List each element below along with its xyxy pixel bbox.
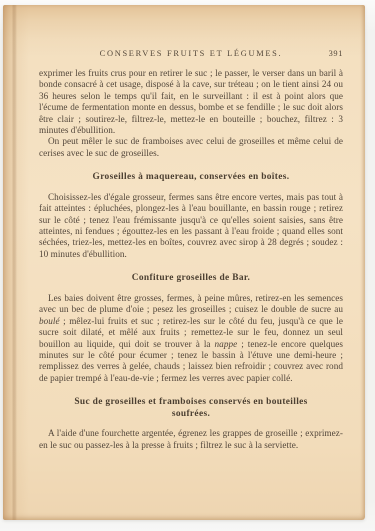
paragraph: Choisissez-les d'égale grosseur, fermes …: [39, 192, 343, 260]
page-header: CONSERVES FRUITS ET LÉGUMES. 391: [39, 49, 343, 59]
paragraph: Les baies doivent être grosses, fermes, …: [39, 293, 343, 384]
scan-background: CONSERVES FRUITS ET LÉGUMES. 391 exprime…: [0, 0, 375, 531]
paragraph-text: exprimer les fruits crus pour en retirer…: [39, 68, 343, 135]
section-heading: Groseilles à maquereau, conservées en bo…: [39, 172, 343, 184]
running-title: CONSERVES FRUITS ET LÉGUMES.: [100, 49, 283, 58]
section-heading: Confiture groseilles de Bar.: [39, 273, 343, 285]
page-content: exprimer les fruits crus pour en retirer…: [39, 68, 343, 451]
page-inner: CONSERVES FRUITS ET LÉGUMES. 391 exprime…: [3, 5, 365, 451]
paragraph: A l'aide d'une fourchette argentée, égre…: [39, 428, 343, 451]
paragraph-text: On peut mêler le suc de framboises avec …: [39, 136, 343, 157]
book-page: CONSERVES FRUITS ET LÉGUMES. 391 exprime…: [3, 5, 365, 520]
italic-term: nappe: [215, 339, 238, 349]
page-number: 391: [329, 49, 343, 59]
italic-term: boulé: [39, 316, 60, 326]
paragraph-text: A l'aide d'une fourchette argentée, égre…: [39, 428, 343, 449]
section-heading: Suc de groseilles et framboises conservé…: [39, 397, 343, 420]
paragraph: exprimer les fruits crus pour en retirer…: [39, 68, 343, 136]
paragraph: On peut mêler le suc de framboises avec …: [39, 136, 343, 159]
paragraph-text: Choisissez-les d'égale grosseur, fermes …: [39, 192, 343, 259]
paragraph-text: Les baies doivent être grosses, fermes, …: [39, 293, 343, 314]
